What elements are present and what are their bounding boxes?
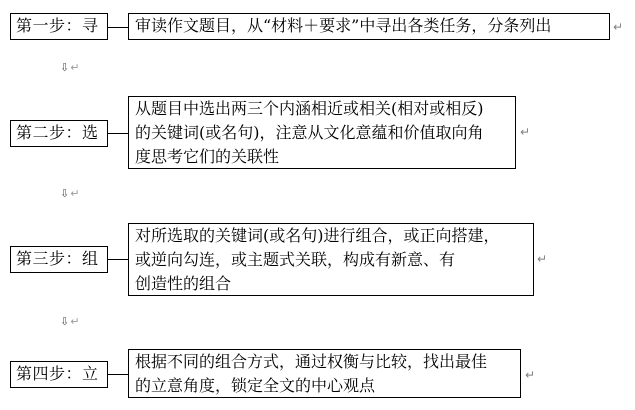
- step-1-line-1: 审读作文题目，从“材料＋要求”中寻出各类任务，分条列出: [135, 14, 609, 38]
- down-arrow-icon: ⇩: [60, 61, 69, 74]
- step-4-line-1: 根据不同的组合方式，通过权衡与比较，找出最佳: [135, 350, 520, 374]
- step-2-line-3: 度思考它们的关联性: [135, 145, 515, 169]
- down-arrow-icon: ⇩: [60, 187, 69, 200]
- step-3-label-text: 第三步：组: [16, 249, 99, 268]
- step-3-line-3: 创造性的组合: [135, 272, 533, 296]
- step-3-line-2: 或逆向勾连，或主题式关联，构成有新意、有: [135, 248, 533, 272]
- step-2-content: 从题目中选出两三个内涵相近或相关(相对或相反) 的关键词(或名句)，注意从文化意…: [128, 96, 516, 169]
- paragraph-mark-icon: ↵: [70, 187, 79, 200]
- step-2-connector: [108, 133, 128, 134]
- paragraph-mark-icon: ↵: [525, 369, 535, 381]
- down-arrow-2: ⇩↵: [60, 188, 79, 200]
- paragraph-mark-icon: ↵: [613, 21, 623, 33]
- step-4-line-2: 的立意角度，锁定全文的中心观点: [135, 374, 520, 398]
- step-3-connector: [108, 259, 128, 260]
- step-2-label: 第二步：选: [10, 120, 108, 147]
- step-1-connector: [108, 27, 128, 28]
- paragraph-mark-icon: ↵: [520, 126, 530, 138]
- step-1-label: 第一步：寻: [10, 13, 108, 40]
- step-1-label-text: 第一步：寻: [16, 16, 99, 35]
- paragraph-mark-icon: ↵: [70, 61, 79, 74]
- step-2-label-text: 第二步：选: [16, 123, 99, 142]
- step-4-label-text: 第四步：立: [16, 364, 99, 383]
- step-4-content: 根据不同的组合方式，通过权衡与比较，找出最佳 的立意角度，锁定全文的中心观点: [128, 349, 521, 398]
- step-3-content: 对所选取的关键词(或名句)进行组合，或正向搭建， 或逆向勾连，或主题式关联，构成…: [128, 223, 534, 296]
- down-arrow-icon: ⇩: [60, 315, 69, 328]
- down-arrow-1: ⇩↵: [60, 62, 79, 74]
- step-4-label: 第四步：立: [10, 361, 108, 388]
- step-3-label: 第三步：组: [10, 246, 108, 273]
- paragraph-mark-icon: ↵: [70, 315, 79, 328]
- step-1-content: 审读作文题目，从“材料＋要求”中寻出各类任务，分条列出: [128, 13, 610, 40]
- paragraph-mark-icon: ↵: [537, 253, 547, 265]
- step-4-connector: [108, 374, 128, 375]
- step-2-line-1: 从题目中选出两三个内涵相近或相关(相对或相反): [135, 97, 515, 121]
- step-3-line-1: 对所选取的关键词(或名句)进行组合，或正向搭建，: [135, 224, 533, 248]
- down-arrow-3: ⇩↵: [60, 316, 79, 328]
- step-2-line-2: 的关键词(或名句)，注意从文化意蕴和价值取向角: [135, 121, 515, 145]
